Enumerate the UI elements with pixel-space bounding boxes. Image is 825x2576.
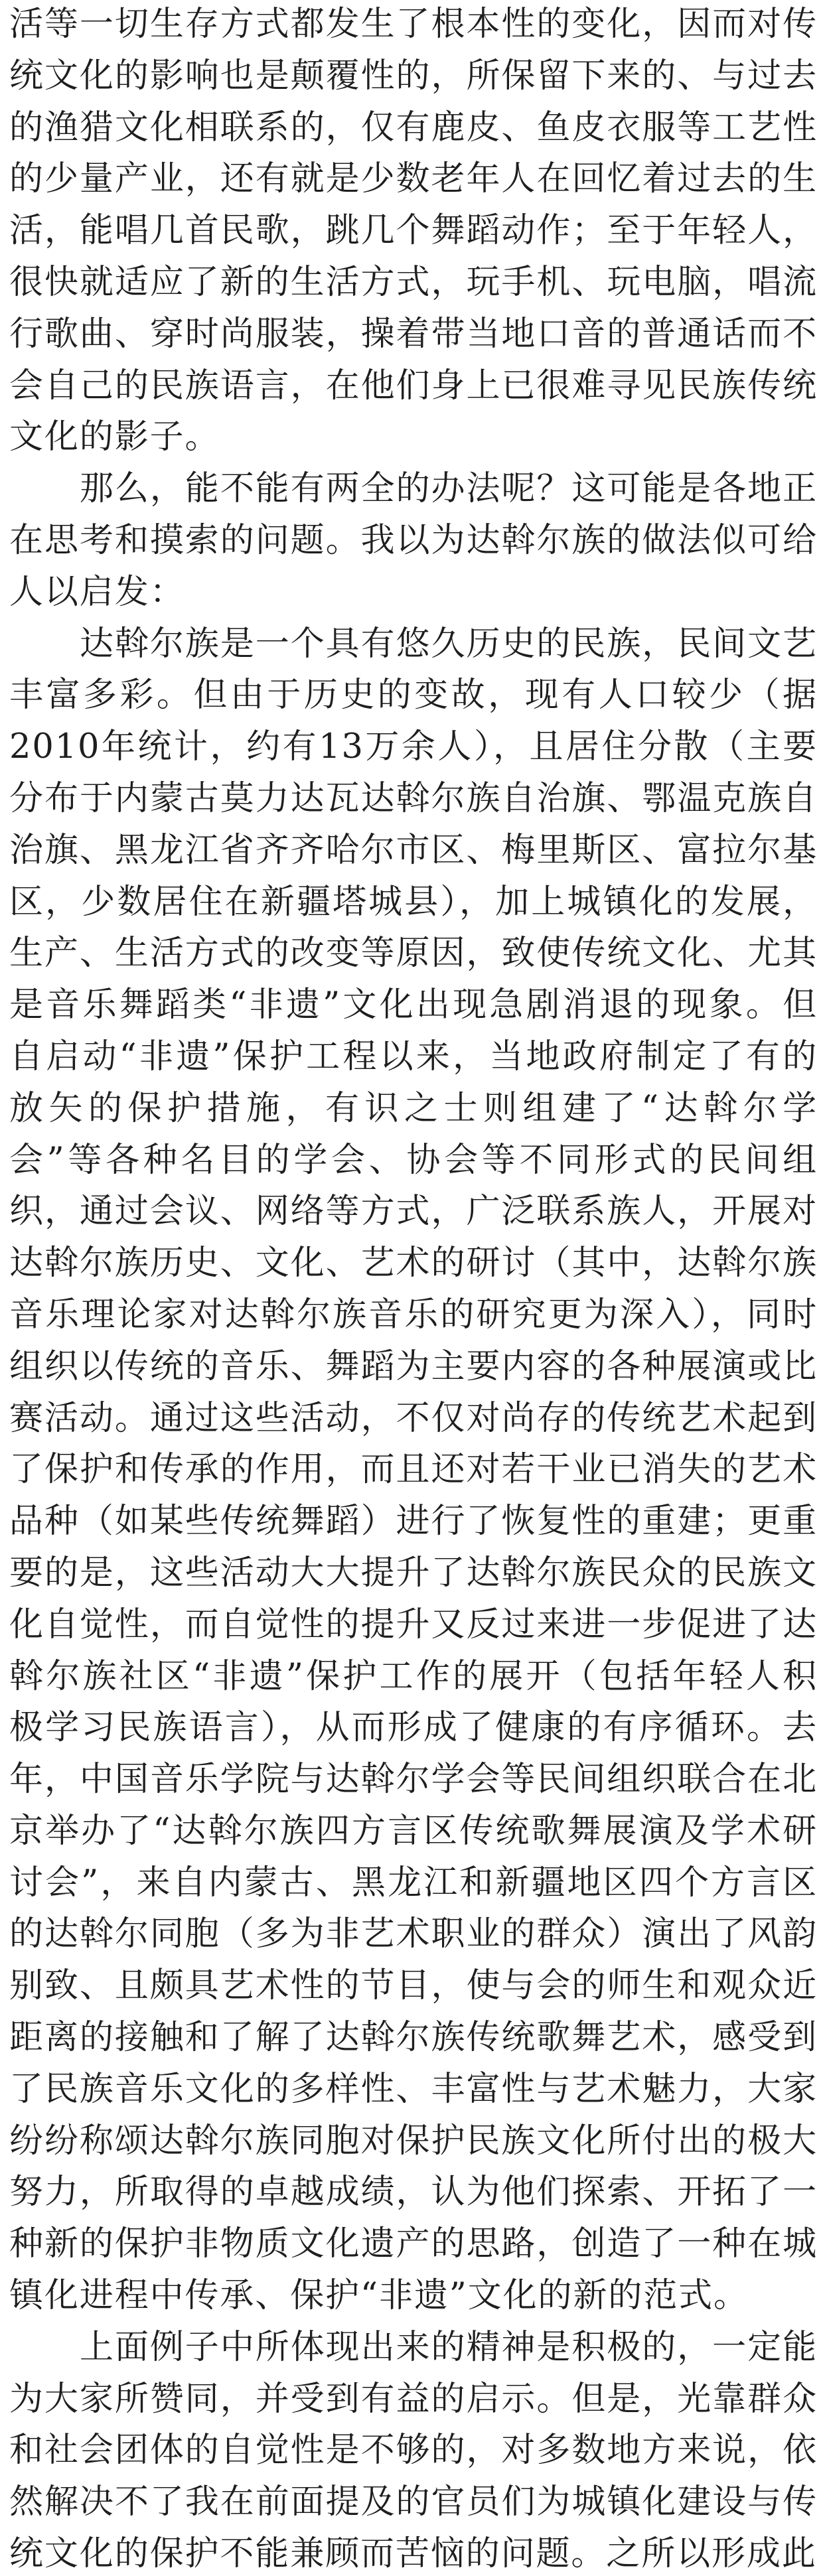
- paragraph-1-continued: 活等一切生存方式都发生了根本性的变化，因而对传统文化的影响也是颠覆性的，所保留下…: [9, 0, 818, 463]
- document-page: 活等一切生存方式都发生了根本性的变化，因而对传统文化的影响也是颠覆性的，所保留下…: [9, 0, 818, 2576]
- paragraph-3-daur-example: 达斡尔族是一个具有悠久历史的民族，民间文艺丰富多彩。但由于历史的变故，现有人口较…: [9, 618, 818, 2322]
- paragraph-4-conclusion: 上面例子中所体现出来的精神是积极的，一定能为大家所赞同，并受到有益的启示。但是，…: [9, 2322, 818, 2576]
- paragraph-2-question: 那么，能不能有两全的办法呢？这可能是各地正在思考和摸索的问题。我以为达斡尔族的做…: [9, 463, 818, 618]
